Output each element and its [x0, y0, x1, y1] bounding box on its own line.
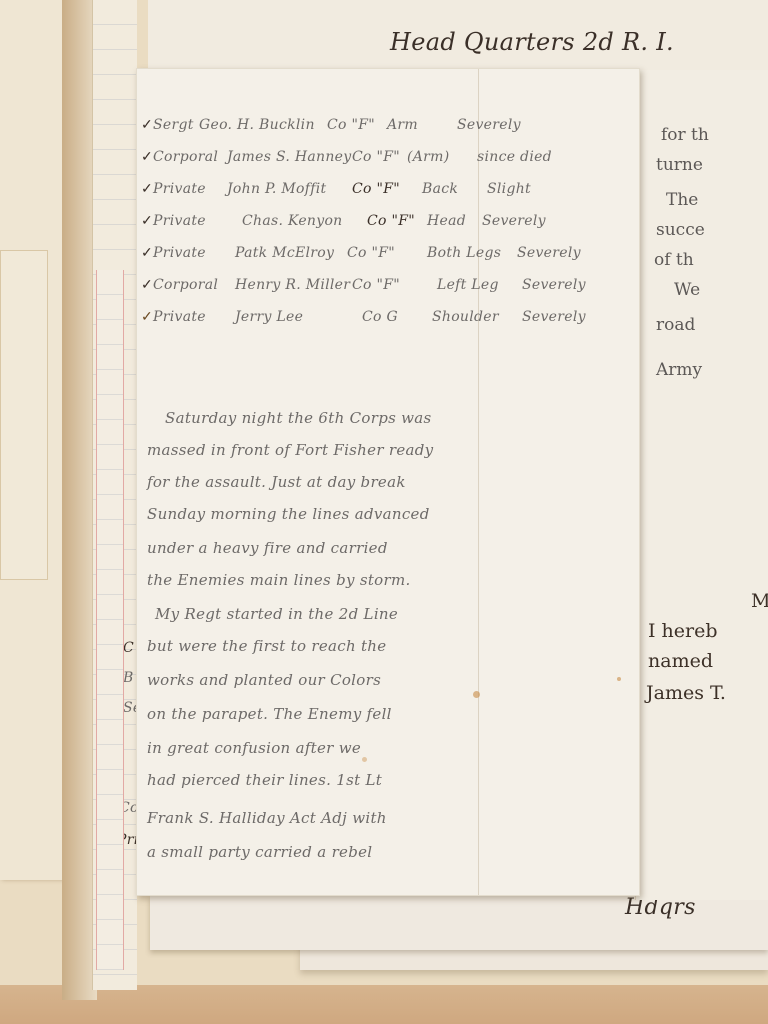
- company: Co "F": [352, 181, 400, 197]
- company: Co "F": [327, 117, 375, 133]
- narrative-line: My Regt started in the 2d Line: [155, 605, 398, 623]
- severity: Severely: [457, 117, 521, 133]
- narrative-line: Sunday morning the lines advanced: [147, 505, 430, 523]
- right-page-ink-line: named: [648, 650, 713, 672]
- severity: Severely: [482, 213, 546, 229]
- severity: Severely: [517, 245, 581, 261]
- right-page-line: turne: [656, 155, 703, 175]
- narrative-line: for the assault. Just at day break: [147, 473, 406, 491]
- rank: Corporal: [153, 149, 218, 165]
- wound: Back: [422, 181, 458, 197]
- soldier-name: Chas. Kenyon: [242, 213, 343, 229]
- right-page: for th turne The succe of th We road Arm…: [635, 70, 768, 900]
- letter-page: ✓ Sergt Geo. H. Bucklin Co "F" Arm Sever…: [136, 68, 640, 896]
- rank: Private: [153, 245, 206, 261]
- rank: Corporal: [153, 277, 218, 293]
- rank: Private: [153, 213, 206, 229]
- right-page-ink-line: I hereb: [648, 620, 718, 642]
- check-mark-icon: ✓: [141, 277, 153, 293]
- narrative-line: had pierced their lines. 1st Lt: [147, 771, 382, 789]
- narrative-line: works and planted our Colors: [147, 671, 381, 689]
- soldier-name: Jerry Lee: [235, 309, 303, 325]
- severity: Severely: [522, 277, 586, 293]
- company: Co "F": [352, 149, 400, 165]
- check-mark-icon: ✓: [141, 309, 153, 325]
- rank: Sergt: [153, 117, 194, 133]
- narrative-line: Frank S. Halliday Act Adj with: [147, 809, 387, 827]
- casualty-row: ✓ Private John P. Moffit Co "F" Back Sli…: [137, 181, 641, 209]
- right-page-ink-line: James T.: [646, 682, 726, 704]
- casualty-row: ✓ Sergt Geo. H. Bucklin Co "F" Arm Sever…: [137, 117, 641, 145]
- right-page-line: The: [666, 190, 698, 210]
- right-page-line: We: [674, 280, 700, 300]
- left-folded-paper: [0, 250, 48, 580]
- check-mark-icon: ✓: [141, 213, 153, 229]
- wooden-table: [0, 985, 768, 1024]
- wound: Arm: [387, 117, 418, 133]
- narrative-line: but were the first to reach the: [147, 637, 386, 655]
- soldier-name: James S. Hanney: [227, 149, 351, 165]
- company: Co "F": [367, 213, 415, 229]
- company: Co G: [362, 309, 398, 325]
- left-sheet-fragment: B: [123, 670, 134, 686]
- casualty-row: ✓ Corporal James S. Hanney Co "F" (Arm) …: [137, 149, 641, 177]
- narrative-line: Saturday night the 6th Corps was: [165, 409, 432, 427]
- right-page-line: Army: [656, 360, 702, 380]
- wound: Shoulder: [432, 309, 499, 325]
- wound: (Arm): [407, 149, 450, 165]
- wound: Left Leg: [437, 277, 499, 293]
- header-handwriting: Head Quarters 2d R. I.: [390, 28, 674, 56]
- severity: Severely: [522, 309, 586, 325]
- soldier-name: Geo. H. Bucklin: [199, 117, 315, 133]
- severity: Slight: [487, 181, 531, 197]
- rank: Private: [153, 309, 206, 325]
- red-margin-ruled-strip: [96, 270, 124, 970]
- casualty-row: ✓ Private Chas. Kenyon Co "F" Head Sever…: [137, 213, 641, 241]
- left-sheet-fragment: C: [123, 640, 134, 656]
- foxing-stain: [617, 677, 621, 681]
- narrative-line: on the parapet. The Enemy fell: [147, 705, 392, 723]
- company: Co "F": [347, 245, 395, 261]
- right-page-line: succe: [656, 220, 705, 240]
- company: Co "F": [352, 277, 400, 293]
- right-page-ink-line: M: [751, 590, 768, 612]
- check-mark-icon: ✓: [141, 117, 153, 133]
- check-mark-icon: ✓: [141, 181, 153, 197]
- foxing-stain: [473, 691, 480, 698]
- narrative-line: the Enemies main lines by storm.: [147, 571, 411, 589]
- soldier-name: John P. Moffit: [227, 181, 326, 197]
- casualty-row: ✓ Corporal Henry R. Miller Co "F" Left L…: [137, 277, 641, 305]
- right-page-line: for th: [661, 125, 709, 145]
- soldier-name: Patk McElroy: [235, 245, 334, 261]
- severity: since died: [477, 149, 552, 165]
- casualty-row: ✓ Private Patk McElroy Co "F" Both Legs …: [137, 245, 641, 273]
- narrative-line: in great confusion after we: [147, 739, 361, 757]
- wound: Both Legs: [427, 245, 501, 261]
- casualty-row: ✓ Private Jerry Lee Co G Shoulder Severe…: [137, 309, 641, 337]
- narrative-line: under a heavy fire and carried: [147, 539, 388, 557]
- foxing-stain: [362, 757, 367, 762]
- check-mark-icon: ✓: [141, 149, 153, 165]
- soldier-name: Henry R. Miller: [235, 277, 350, 293]
- right-page-line: road: [656, 315, 695, 335]
- right-page-line: of th: [654, 250, 694, 270]
- narrative-line: a small party carried a rebel: [147, 843, 372, 861]
- wound: Head: [427, 213, 466, 229]
- rank: Private: [153, 181, 206, 197]
- narrative-line: massed in front of Fort Fisher ready: [147, 441, 433, 459]
- check-mark-icon: ✓: [141, 245, 153, 261]
